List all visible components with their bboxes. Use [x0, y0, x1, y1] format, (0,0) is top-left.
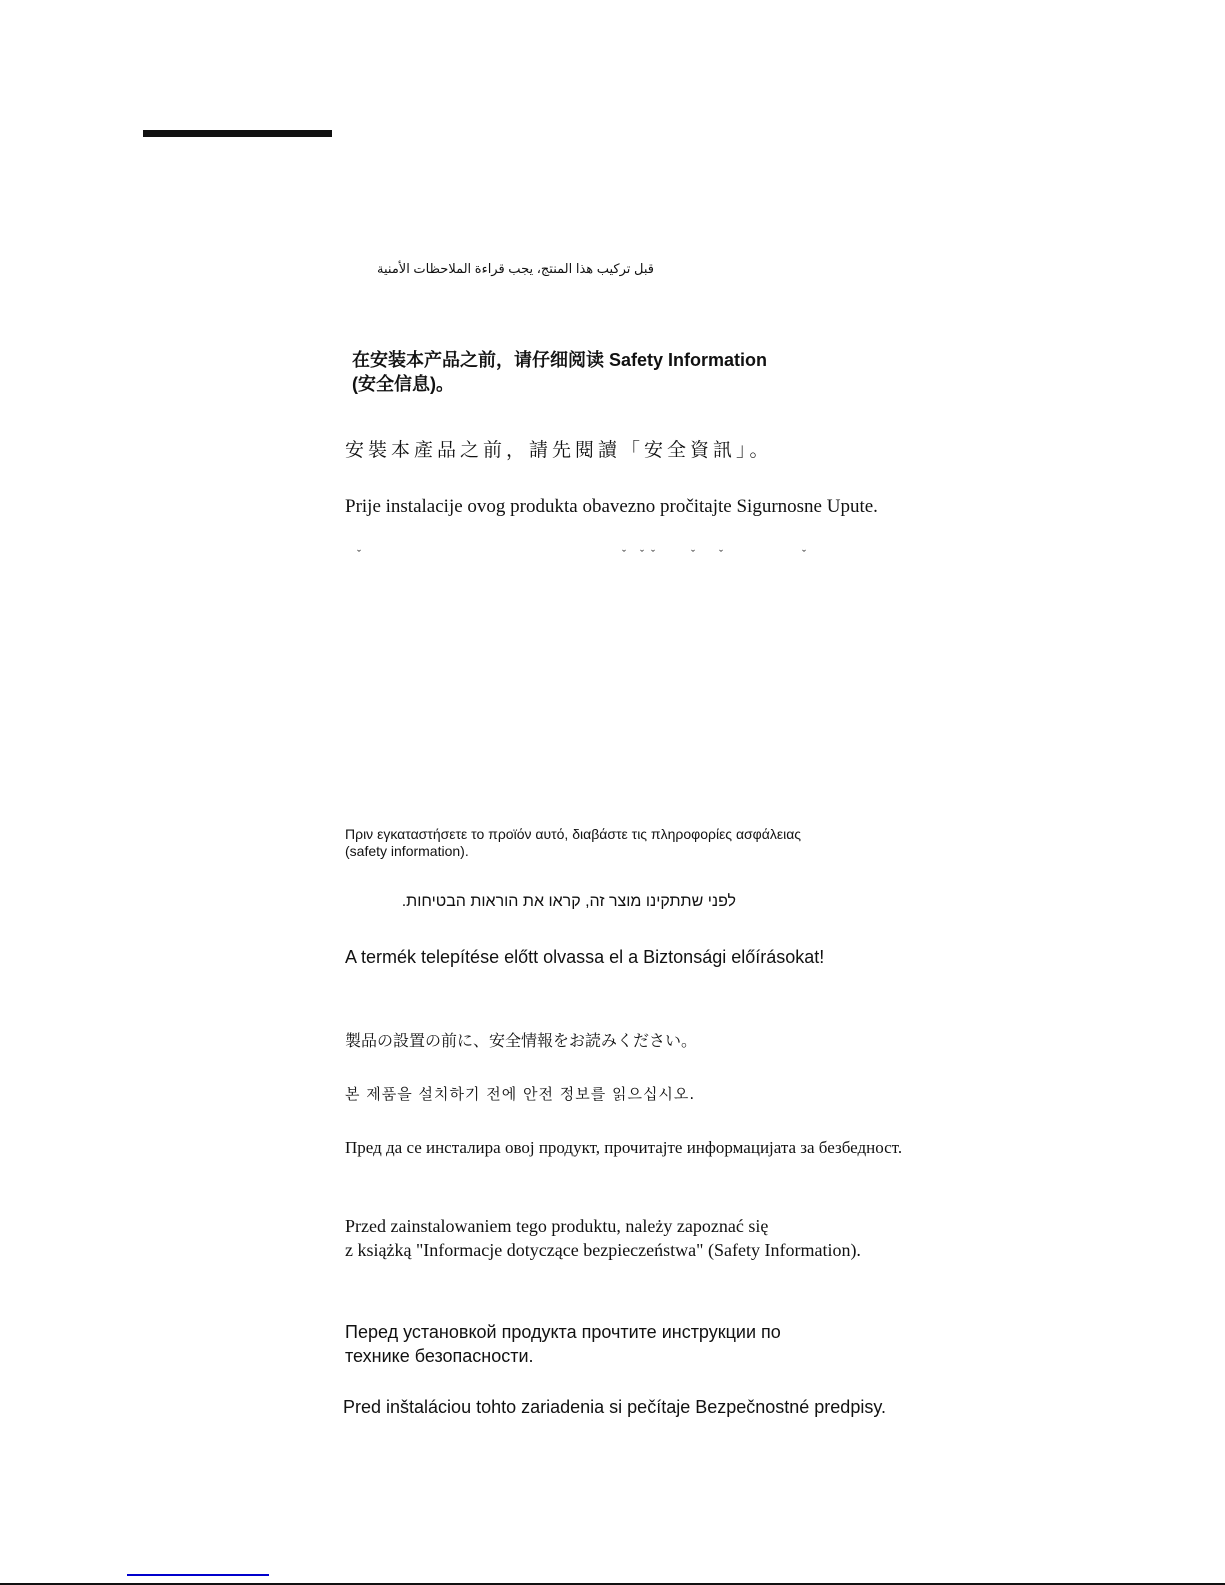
notice-hungarian: A termék telepítése előtt olvassa el a B… — [345, 947, 824, 968]
notice-chinese-simplified-line2: (安全信息)。 — [352, 374, 454, 395]
notice-croatian: Prije instalacije ovog produkta obavezno… — [345, 496, 878, 518]
notice-czech-caron: ˇ — [691, 547, 695, 562]
notice-russian-line1: Перед установкой продукта прочтите инстр… — [345, 1322, 781, 1343]
notice-polish-line1: Przed zainstalowaniem tego produktu, nal… — [345, 1216, 768, 1237]
notice-chinese-simplified-line1: 在安装本产品之前，请仔细阅读 Safety Information — [352, 350, 767, 371]
notice-polish-line2: z książką "Informacje dotyczące bezpiecz… — [345, 1240, 861, 1261]
notice-czech-caron: ˇ — [719, 547, 723, 562]
notice-czech-caron: ˇ — [357, 547, 361, 562]
notice-hebrew: לפני שתתקינו מוצר זה, קראו את הוראות הבט… — [330, 893, 736, 911]
notice-slovak: Pred inštaláciou tohto zariadenia si peč… — [343, 1397, 886, 1418]
notice-greek-line2: (safety information). — [345, 843, 469, 859]
notice-chinese-traditional: 安裝本產品之前，請先閱讀「安全資訊」。 — [345, 440, 773, 462]
notice-korean: 본 제품을 설치하기 전에 안전 정보를 읽으십시오. — [345, 1086, 695, 1103]
notice-czech-caron: ˇ — [622, 547, 626, 562]
notice-japanese: 製品の設置の前に、安全情報をお読みください。 — [345, 1032, 697, 1050]
notice-macedonian: Пред да се инсталира овој продукт, прочи… — [345, 1138, 902, 1158]
page-marker-bar — [127, 1574, 269, 1576]
notice-russian-line2: технике безопасности. — [345, 1346, 534, 1367]
notice-czech-caron: ˇ — [651, 547, 655, 562]
notice-arabic: قبل تركيب هذا المنتج، يجب قراءة الملاحظا… — [330, 262, 654, 277]
notice-czech-caron: ˇ — [640, 547, 644, 562]
notice-greek-line1: Πριν εγκαταστήσετε το προϊόν αυτό, διαβά… — [345, 826, 801, 842]
section-header-rule — [143, 130, 332, 137]
notice-czech-caron: ˇ — [802, 547, 806, 562]
